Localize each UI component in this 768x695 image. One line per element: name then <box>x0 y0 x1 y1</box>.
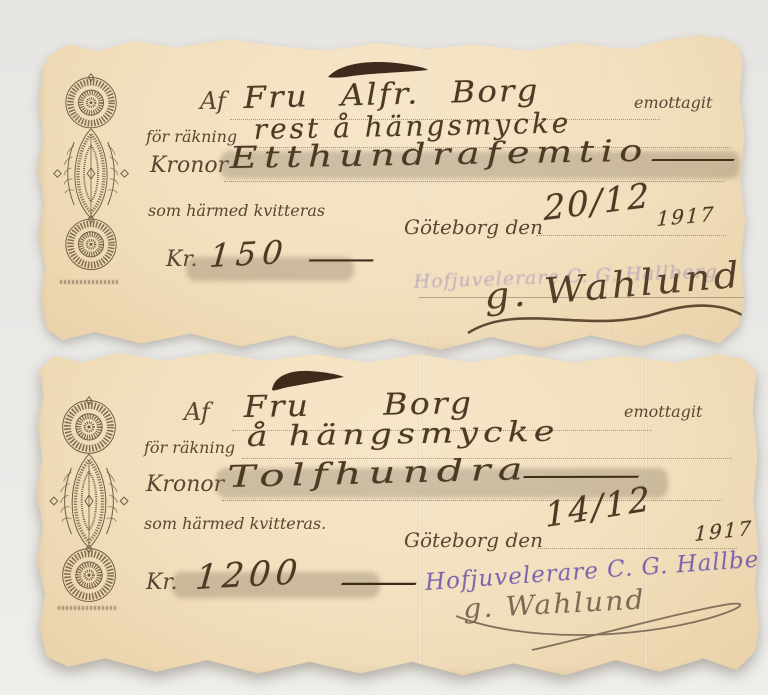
photo-of-receipts: Af Fru Alfr. Borg emottagit för räkning … <box>0 0 768 695</box>
ruled-line <box>536 235 726 236</box>
printer-imprint <box>58 606 118 610</box>
label-place-date: Göteborg den <box>404 528 543 552</box>
amount-numeric: 150 <box>208 233 290 275</box>
receipt-top-paper: Af Fru Alfr. Borg emottagit för räkning … <box>34 33 748 358</box>
amount-dash: — <box>306 239 376 277</box>
label-kronor: Kronor <box>150 153 228 178</box>
guilloche-ornament <box>50 71 132 276</box>
label-af: Af <box>200 87 226 115</box>
label-for-rakning: för räkning <box>144 438 235 457</box>
guilloche-ornament <box>50 392 128 610</box>
label-kvitteras: som härmed kvitteras. <box>144 514 326 533</box>
label-kronor: Kronor <box>146 472 224 497</box>
year-written: 1917 <box>694 516 753 546</box>
label-place-date: Göteborg den <box>404 215 543 239</box>
printer-imprint <box>60 280 118 284</box>
date-written: 20/12 <box>543 176 651 229</box>
signature-flourish <box>462 291 752 343</box>
amount-in-words: Etthundrafemtio <box>229 134 649 176</box>
label-emottagit: emottagit <box>634 93 712 112</box>
ruled-line <box>537 548 737 549</box>
amount-dash: — <box>338 562 420 602</box>
label-for-rakning: för räkning <box>146 127 237 146</box>
receipt-top: Af Fru Alfr. Borg emottagit för räkning … <box>34 33 748 358</box>
purpose-text: å hängsmycke <box>246 415 559 453</box>
receipt-bottom-paper: Af Fru Borg emottagit för räkning å häng… <box>32 344 762 682</box>
year-written: 1917 <box>656 202 716 231</box>
amount-numeric: 1200 <box>194 552 304 598</box>
receipt-bottom: Af Fru Borg emottagit för räkning å häng… <box>32 344 762 682</box>
label-emottagit: emottagit <box>624 402 702 421</box>
label-kvitteras: som härmed kvitteras <box>148 201 325 220</box>
label-af: Af <box>184 398 210 426</box>
amount-words-dash: — <box>648 141 738 176</box>
signature-flourish <box>452 592 764 658</box>
